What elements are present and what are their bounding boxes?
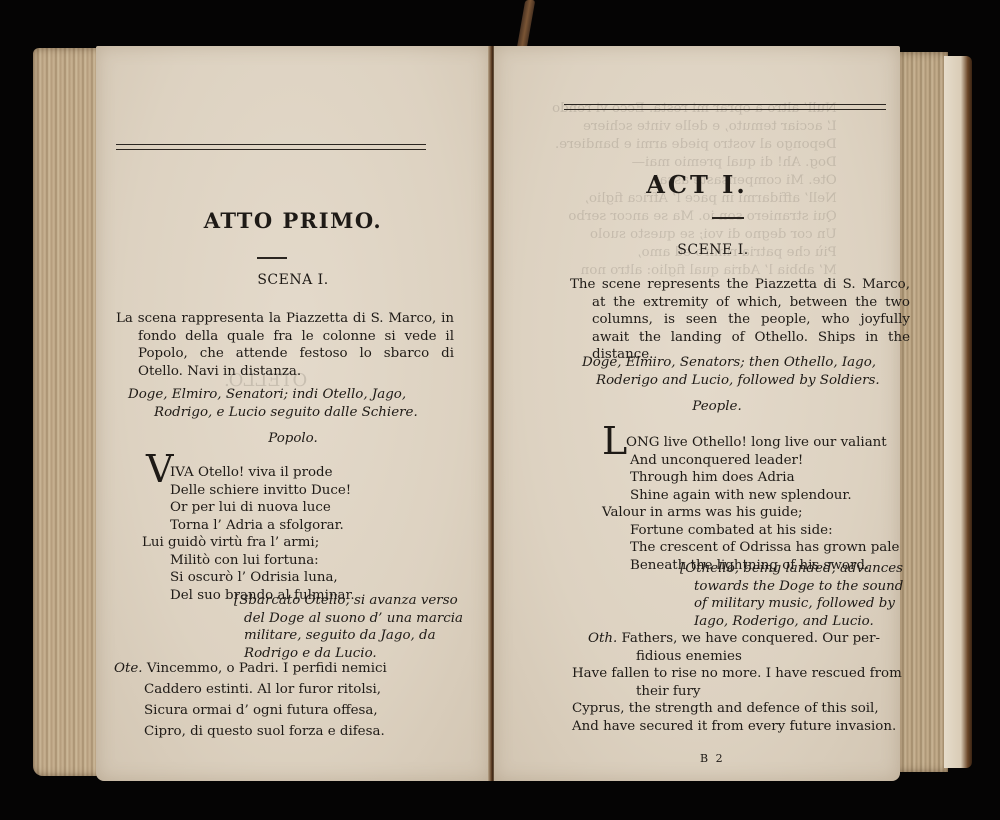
right-page: Null’ altro a oprar mi resta. Ecco vi re… [494, 46, 900, 781]
dialogue-block: Ote. Vincemmo, o Padri. I perfidi nemici… [114, 658, 387, 742]
scene-setting: La scena rappresenta la Piazzetta di S. … [116, 310, 454, 380]
dialogue-speaker: Oth. [588, 631, 617, 646]
left-page-edges [33, 48, 103, 776]
title-divider [257, 257, 287, 259]
back-cover [944, 56, 972, 768]
act-title: ATTO PRIMO. [96, 208, 490, 233]
header-rule [116, 144, 426, 150]
character-list: Doge, Elmiro, Senators; then Othello, Ia… [582, 354, 892, 389]
speaker-label: People. [494, 398, 900, 416]
scene-setting: The scene represents the Piazzetta di S.… [570, 276, 910, 364]
verse-block: IVA Otello! viva il prode Delle schiere … [142, 464, 355, 604]
left-page: ATTO PRIMO. SCENA I. La scena rappresent… [96, 46, 490, 781]
open-book: ATTO PRIMO. SCENA I. La scena rappresent… [0, 0, 1000, 820]
character-list: Doge, Elmiro, Senatori; indi Otello, Jag… [128, 386, 448, 421]
header-rule [564, 104, 886, 110]
title-divider [712, 217, 744, 219]
verse-block: ONG live Othello! long live our valiant … [602, 434, 900, 574]
signature-mark: B 2 [700, 752, 725, 765]
stage-direction: [Othello, being landed, advances towards… [680, 560, 903, 630]
dialogue-speaker: Ote. [114, 661, 143, 676]
speaker-label: Popolo. [96, 430, 490, 448]
dialogue-block: Oth. Fathers, we have conquered. Our per… [572, 630, 902, 735]
right-page-edges [898, 52, 948, 772]
act-title: ACT I. [494, 170, 900, 199]
stage-direction: [Sbarcato Otello, si avanza verso del Do… [234, 592, 463, 662]
scene-title: SCENA I. [96, 272, 490, 288]
scene-title: SCENE I. [494, 242, 900, 258]
